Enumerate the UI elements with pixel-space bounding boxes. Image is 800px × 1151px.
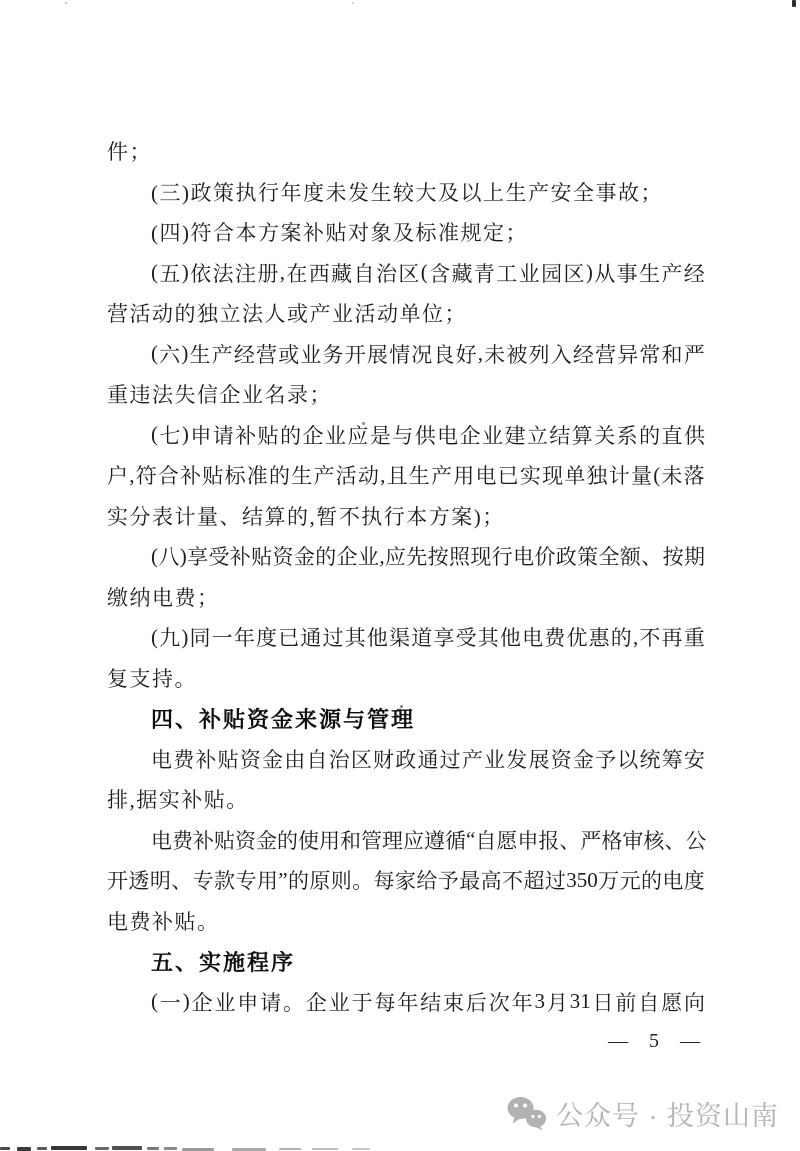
- cutoff-text-fragment: [312, 1148, 338, 1150]
- text-line: 缴纳电费；: [107, 577, 705, 618]
- wechat-footer-badge: 公众号 · 投资山南: [507, 1094, 779, 1133]
- scan-speck: [65, 2, 67, 4]
- text-line: 重违法失信企业名录；: [107, 374, 705, 415]
- scan-speck: [352, 2, 354, 4]
- cutoff-text-fragment: [51, 1146, 87, 1150]
- cutoff-text-fragment: [147, 1147, 159, 1150]
- cutoff-text-fragment: [112, 1146, 142, 1150]
- cutoff-text-fragment: [279, 1148, 301, 1150]
- cutoff-text-fragment: [352, 1148, 370, 1150]
- text-line: (七)申请补贴的企业应是与供电企业建立结算关系的直供: [107, 415, 705, 456]
- page-number: — 5 —: [608, 1030, 703, 1056]
- text-line: 户,符合补贴标准的生产活动,且生产用电已实现单独计量(未落: [107, 455, 705, 496]
- text-line: 复支持。: [107, 658, 705, 699]
- text-line: (九)同一年度已通过其他渠道享受其他电费优惠的,不再重: [107, 617, 705, 658]
- section-heading: 四、补贴资金来源与管理: [107, 698, 705, 739]
- wechat-icon: [507, 1096, 547, 1132]
- text-line: 电费补贴。: [107, 901, 705, 942]
- scan-speck: [362, 422, 365, 425]
- text-line: 电费补贴资金的使用和管理应遵循“自愿申报、严格审核、公: [107, 820, 705, 861]
- text-line: 开透明、专款专用”的原则。每家给予最高不超过350万元的电度: [107, 860, 705, 901]
- document-page: 件；(三)政策执行年度未发生较大及以上生产安全事故；(四)符合本方案补贴对象及标…: [0, 0, 800, 1151]
- scan-speck: [792, 0, 796, 7]
- text-line: (四)符合本方案补贴对象及标准规定；: [107, 212, 705, 253]
- text-line: (三)政策执行年度未发生较大及以上生产安全事故；: [107, 172, 705, 213]
- cutoff-text-fragment: [37, 1147, 47, 1150]
- scan-speck: [400, 705, 403, 708]
- section-heading: 五、实施程序: [107, 941, 705, 982]
- text-line: 实分表计量、结算的,暂不执行本方案)；: [107, 496, 705, 537]
- text-line: (六)生产经营或业务开展情况良好,未被列入经营异常和严: [107, 334, 705, 375]
- document-body: 件；(三)政策执行年度未发生较大及以上生产安全事故；(四)符合本方案补贴对象及标…: [107, 131, 705, 1022]
- text-line: 电费补贴资金由自治区财政通过产业发展资金予以统筹安: [107, 739, 705, 780]
- cutoff-text-fragment: [95, 1147, 109, 1150]
- text-line: (八)享受补贴资金的企业,应先按照现行电价政策全额、按期: [107, 536, 705, 577]
- text-line: (五)依法注册,在西藏自治区(含藏青工业园区)从事生产经: [107, 253, 705, 294]
- wechat-account-label: 公众号 · 投资山南: [556, 1094, 779, 1133]
- cutoff-text-fragment: [164, 1147, 177, 1150]
- text-line: 件；: [107, 131, 705, 172]
- cutoff-text-fragment: [0, 1147, 10, 1150]
- text-line: 排,据实补贴。: [107, 779, 705, 820]
- cutoff-text-fragment: [17, 1147, 31, 1151]
- text-line: (一)企业申请。企业于每年结束后次年3月31日前自愿向: [107, 982, 705, 1023]
- text-line: 营活动的独立法人或产业活动单位；: [107, 293, 705, 334]
